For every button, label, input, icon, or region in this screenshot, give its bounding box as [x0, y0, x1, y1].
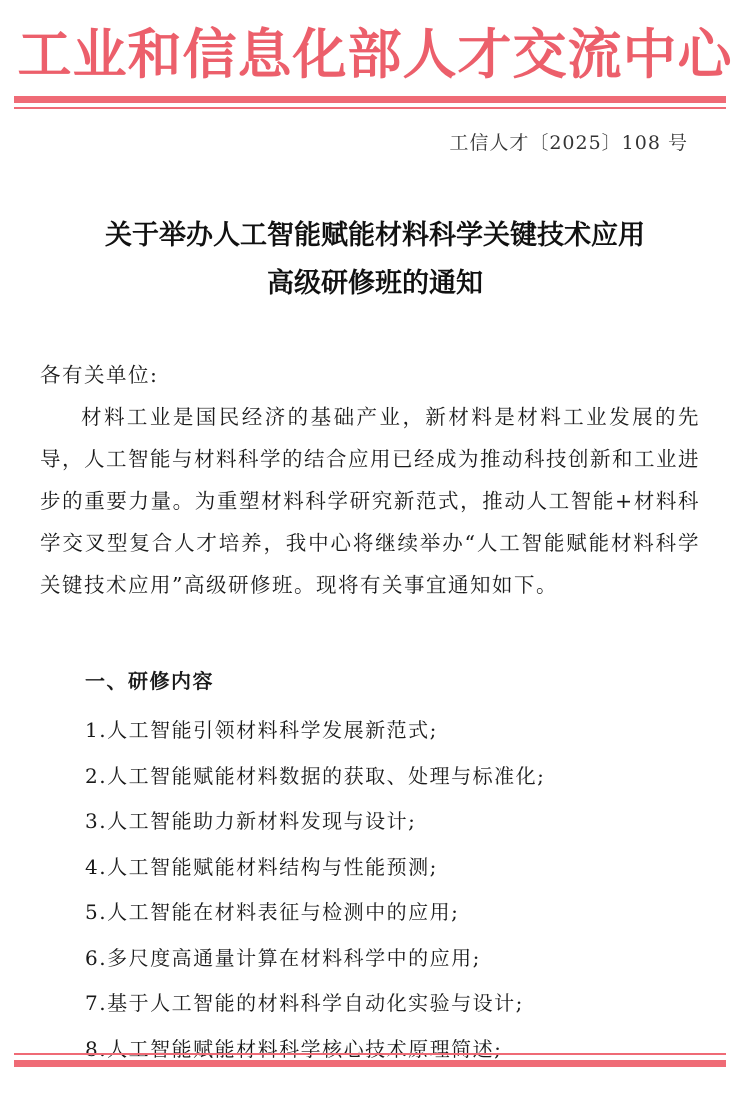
list-item: 1.人工智能引领材料科学发展新范式;	[85, 708, 545, 754]
header-rule-thick	[14, 96, 726, 103]
salutation: 各有关单位:	[40, 354, 700, 396]
title-line-1: 关于举办人工智能赋能材料科学关键技术应用	[0, 212, 750, 260]
content-list: 1.人工智能引领材料科学发展新范式; 2.人工智能赋能材料数据的获取、处理与标准…	[85, 708, 545, 1072]
document-number: 工信人才〔2025〕108 号	[449, 128, 688, 155]
section-heading-content: 一、研修内容	[85, 660, 214, 702]
document-title: 关于举办人工智能赋能材料科学关键技术应用 高级研修班的通知	[0, 212, 750, 308]
list-item: 3.人工智能助力新材料发现与设计;	[85, 799, 545, 845]
list-item: 6.多尺度高通量计算在材料科学中的应用;	[85, 936, 545, 982]
list-item: 7.基于人工智能的材料科学自动化实验与设计;	[85, 981, 545, 1027]
footer-rule-thin	[14, 1053, 726, 1055]
list-item: 4.人工智能赋能材料结构与性能预测;	[85, 845, 545, 891]
list-item: 2.人工智能赋能材料数据的获取、处理与标准化;	[85, 754, 545, 800]
footer-rule-thick	[14, 1060, 726, 1067]
intro-paragraph: 材料工业是国民经济的基础产业，新材料是材料工业发展的先导，人工智能与材料科学的结…	[40, 396, 700, 606]
header-rule-thin	[14, 107, 726, 109]
org-title: 工业和信息化部人才交流中心	[0, 22, 750, 86]
title-line-2: 高级研修班的通知	[0, 260, 750, 308]
list-item: 5.人工智能在材料表征与检测中的应用;	[85, 890, 545, 936]
